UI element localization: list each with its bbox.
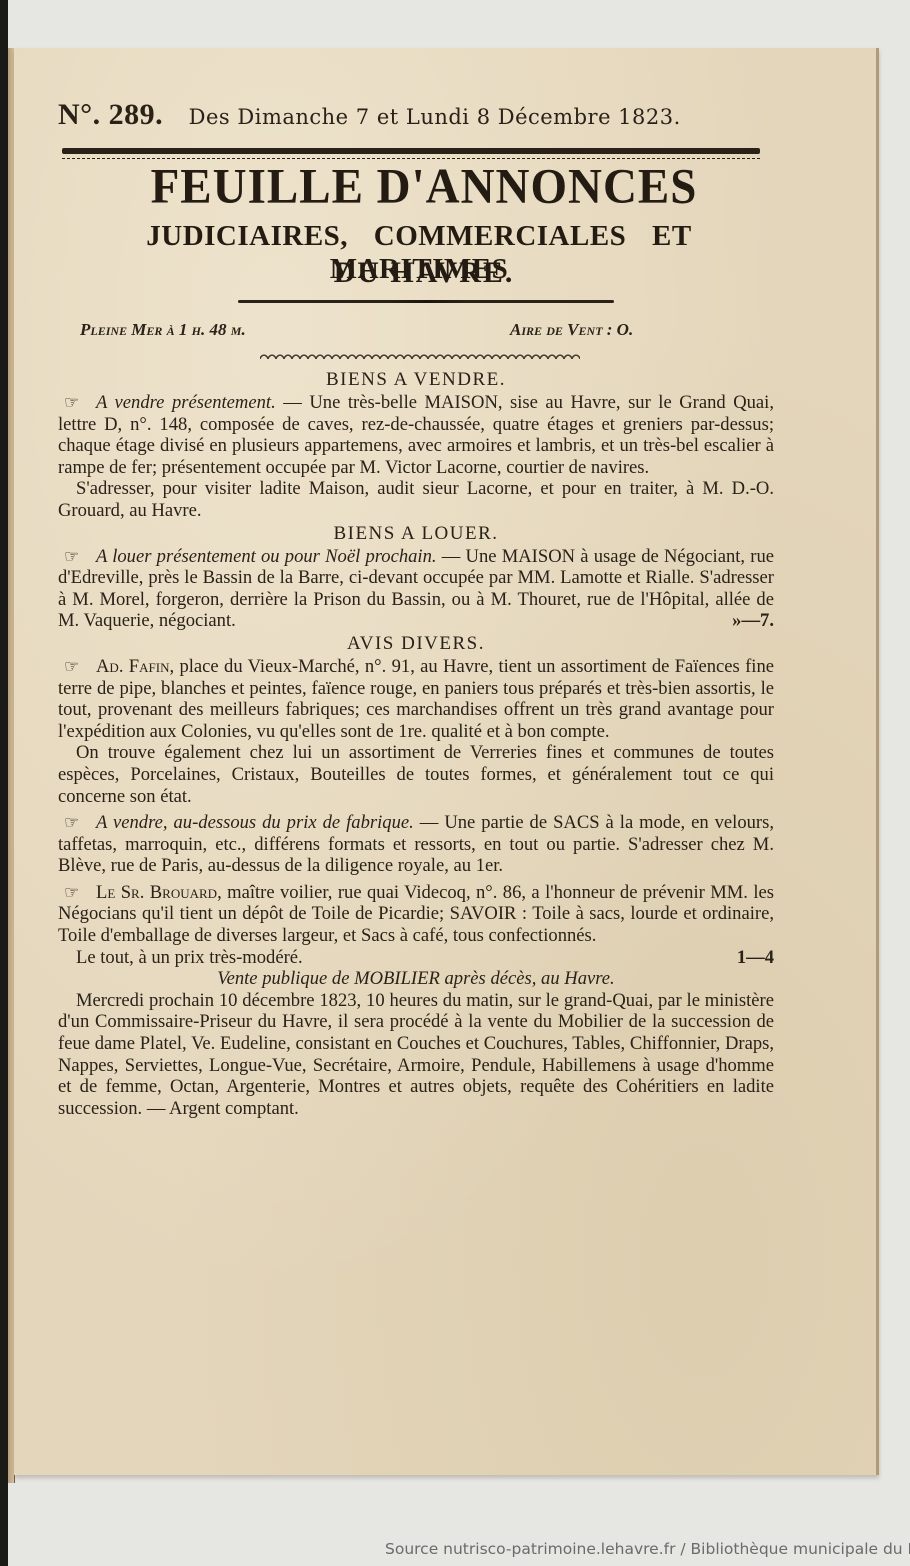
ad-auction-text: Mercredi prochain 10 décembre 1823, 10 h… — [58, 990, 774, 1120]
pointing-hand-icon: ☞ — [64, 392, 96, 414]
newspaper-page: N°. 289. Des Dimanche 7 et Lundi 8 Décem… — [14, 48, 879, 1475]
ad-toiles-price: Le tout, à un prix très-modéré.1—4 — [58, 947, 774, 969]
pointing-hand-icon: ☞ — [64, 882, 96, 904]
section-heading-rent: BIENS A LOUER. — [58, 522, 774, 546]
issue-date: Des Dimanche 7 et Lundi 8 Décembre 1823. — [189, 105, 681, 129]
masthead-rule-thick — [62, 148, 760, 154]
ad-faiences: ☞Ad. Fafin, place du Vieux-Marché, n°. 9… — [58, 656, 774, 742]
ad-endmark: »—7. — [732, 610, 774, 632]
ad-house-sale: ☞A vendre présentement. — Une très-belle… — [58, 392, 774, 478]
ad-auction-heading: Vente publique de MOBILIER après décès, … — [58, 968, 774, 990]
merchant-name: Ad. Fafin — [96, 656, 169, 677]
article-body: BIENS A VENDRE. ☞A vendre présentement. … — [58, 368, 774, 1119]
ad-toiles: ☞Le Sr. Brouard, maître voilier, rue qua… — [58, 882, 774, 947]
ornamental-wavy-rule — [260, 351, 580, 359]
wind-info: Aire de Vent : O. — [510, 320, 633, 340]
ad-text: Le tout, à un prix très-modéré. — [76, 947, 303, 968]
ad-endmark: 1—4 — [719, 947, 774, 969]
newspaper-city: DU HAVRE. — [54, 256, 794, 290]
ad-lede: A vendre présentement. — [96, 392, 276, 413]
tide-info: Pleine Mer à 1 h. 48 m. — [80, 320, 246, 340]
section-heading-sale: BIENS A VENDRE. — [58, 368, 774, 392]
book-binding — [0, 0, 8, 1566]
ad-lede: A louer présentement ou pour Noël procha… — [96, 546, 437, 567]
pointing-hand-icon: ☞ — [64, 812, 96, 834]
title-rule — [238, 300, 614, 303]
ad-house-rent: ☞A louer présentement ou pour Noël proch… — [58, 546, 774, 632]
section-heading-misc: AVIS DIVERS. — [58, 632, 774, 656]
pointing-hand-icon: ☞ — [64, 546, 96, 568]
newspaper-title: FEUILLE D'ANNONCES — [54, 159, 794, 216]
merchant-name: Le Sr. Brouard — [96, 882, 217, 903]
ad-lede: A vendre, au-dessous du prix de fabrique… — [96, 812, 414, 833]
pointing-hand-icon: ☞ — [64, 656, 96, 678]
source-credit: Source nutrisco-patrimoine.lehavre.fr / … — [385, 1540, 905, 1558]
ad-faiences-continued: On trouve également chez lui un assortim… — [58, 742, 774, 807]
ad-contact: S'adresser, pour visiter ladite Maison, … — [58, 478, 774, 521]
issue-number: N°. 289. — [58, 98, 163, 131]
ad-sacs: ☞A vendre, au-dessous du prix de fabriqu… — [58, 812, 774, 877]
masthead-line: N°. 289. Des Dimanche 7 et Lundi 8 Décem… — [58, 98, 778, 132]
